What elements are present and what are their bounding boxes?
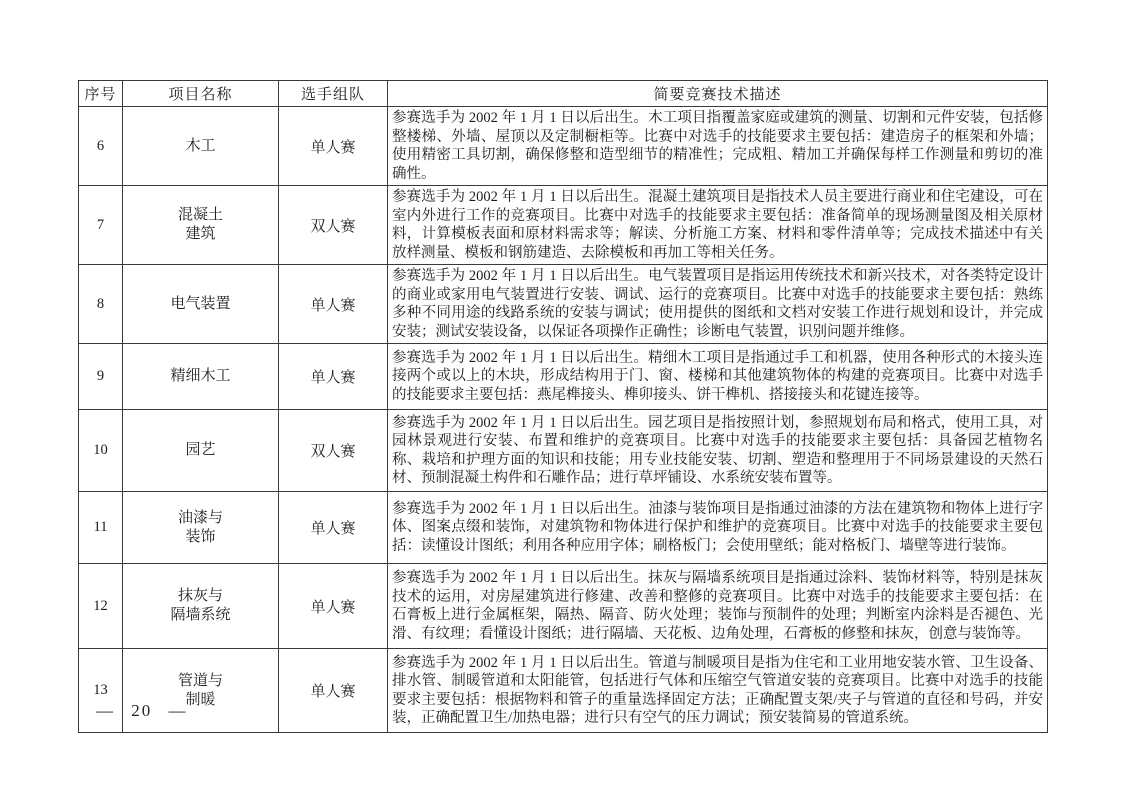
project-name: 油漆与 装饰	[123, 492, 279, 564]
table-header-row: 序号 项目名称 选手组队 简要竞赛技术描述	[79, 81, 1048, 107]
project-description: 参赛选手为 2002 年 1 月 1 日以后出生。精细木工项目是指通过手工和机器…	[388, 344, 1048, 410]
row-index: 7	[79, 186, 123, 265]
col-header-project-name: 项目名称	[123, 81, 279, 107]
team-type: 单人赛	[279, 344, 388, 410]
table-row: 6 木工 单人赛 参赛选手为 2002 年 1 月 1 日以后出生。木工项目指覆…	[79, 107, 1048, 186]
team-type: 单人赛	[279, 492, 388, 564]
project-name: 精细木工	[123, 344, 279, 410]
competition-projects-table: 序号 项目名称 选手组队 简要竞赛技术描述 6 木工 单人赛 参赛选手为 200…	[78, 80, 1048, 733]
project-description: 参赛选手为 2002 年 1 月 1 日以后出生。抹灰与隔墙系统项目是指通过涂料…	[388, 564, 1048, 649]
team-type: 双人赛	[279, 186, 388, 265]
row-index: 11	[79, 492, 123, 564]
col-header-team-type: 选手组队	[279, 81, 388, 107]
project-name: 园艺	[123, 410, 279, 492]
team-type: 单人赛	[279, 107, 388, 186]
table-row: 7 混凝土 建筑 双人赛 参赛选手为 2002 年 1 月 1 日以后出生。混凝…	[79, 186, 1048, 265]
table-row: 12 抹灰与 隔墙系统 单人赛 参赛选手为 2002 年 1 月 1 日以后出生…	[79, 564, 1048, 649]
project-name: 木工	[123, 107, 279, 186]
table-row: 10 园艺 双人赛 参赛选手为 2002 年 1 月 1 日以后出生。园艺项目是…	[79, 410, 1048, 492]
table-row: 13 管道与 制暖 单人赛 参赛选手为 2002 年 1 月 1 日以后出生。管…	[79, 649, 1048, 733]
project-description: 参赛选手为 2002 年 1 月 1 日以后出生。园艺项目是指按照计划，参照规划…	[388, 410, 1048, 492]
team-type: 单人赛	[279, 265, 388, 344]
document-page: 序号 项目名称 选手组队 简要竞赛技术描述 6 木工 单人赛 参赛选手为 200…	[0, 0, 1122, 793]
project-description: 参赛选手为 2002 年 1 月 1 日以后出生。油漆与装饰项目是指通过油漆的方…	[388, 492, 1048, 564]
project-description: 参赛选手为 2002 年 1 月 1 日以后出生。木工项目指覆盖家庭或建筑的测量…	[388, 107, 1048, 186]
row-index: 9	[79, 344, 123, 410]
row-index: 6	[79, 107, 123, 186]
table-row: 8 电气装置 单人赛 参赛选手为 2002 年 1 月 1 日以后出生。电气装置…	[79, 265, 1048, 344]
row-index: 12	[79, 564, 123, 649]
col-header-index: 序号	[79, 81, 123, 107]
row-index: 8	[79, 265, 123, 344]
team-type: 单人赛	[279, 649, 388, 733]
table-row: 9 精细木工 单人赛 参赛选手为 2002 年 1 月 1 日以后出生。精细木工…	[79, 344, 1048, 410]
project-description: 参赛选手为 2002 年 1 月 1 日以后出生。管道与制暖项目是指为住宅和工业…	[388, 649, 1048, 733]
project-name: 混凝土 建筑	[123, 186, 279, 265]
project-name: 抹灰与 隔墙系统	[123, 564, 279, 649]
row-index: 10	[79, 410, 123, 492]
col-header-description: 简要竞赛技术描述	[388, 81, 1048, 107]
project-name: 电气装置	[123, 265, 279, 344]
table-row: 11 油漆与 装饰 单人赛 参赛选手为 2002 年 1 月 1 日以后出生。油…	[79, 492, 1048, 564]
project-description: 参赛选手为 2002 年 1 月 1 日以后出生。电气装置项目是指运用传统技术和…	[388, 265, 1048, 344]
team-type: 单人赛	[279, 564, 388, 649]
project-description: 参赛选手为 2002 年 1 月 1 日以后出生。混凝土建筑项目是指技术人员主要…	[388, 186, 1048, 265]
page-number: — 20 —	[96, 701, 188, 721]
team-type: 双人赛	[279, 410, 388, 492]
